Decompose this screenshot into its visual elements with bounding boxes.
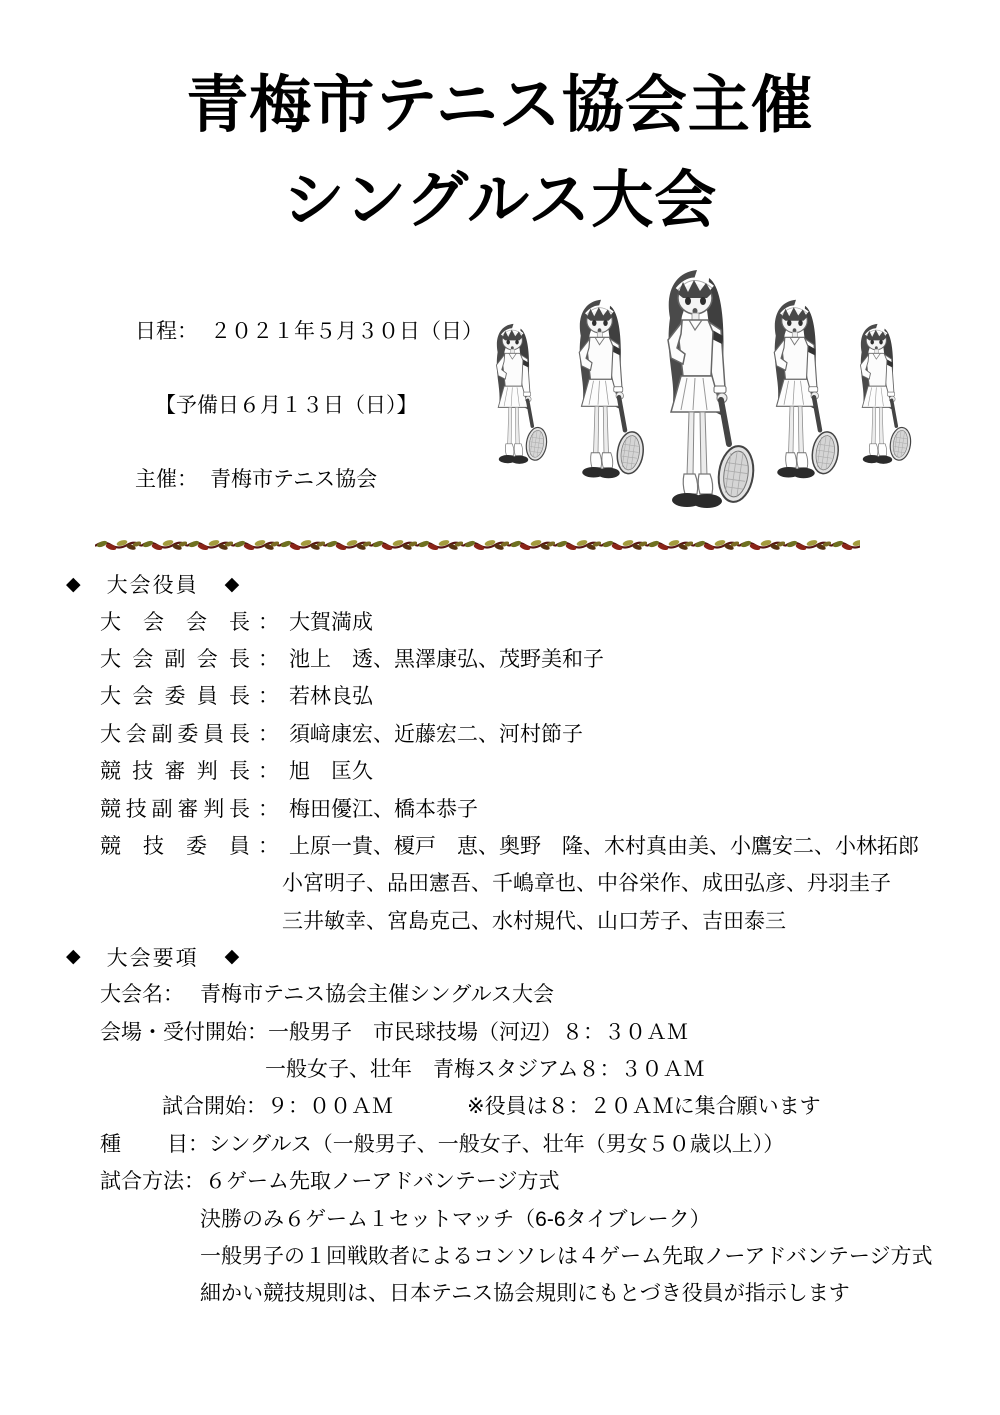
official-role-label: 大会委員長 [100, 680, 250, 710]
tournament-name-label: 大会名 [100, 978, 163, 1008]
separator-colon: ： [184, 1165, 205, 1195]
diamond-bullet-icon: ◆ [225, 573, 240, 596]
category-row: 種目：シングルス（一般男子、一般女子、壮年（男女５０歳以上）） [0, 1124, 1000, 1161]
category-label: 種目 [100, 1128, 188, 1158]
official-row: 競技委員：上原一貴、榎戸 恵、奥野 隆、木村真由美、小鷹安二、小林拓郎 [0, 826, 1000, 863]
official-role-label: 大会副会長 [100, 643, 250, 673]
official-row: 大会会長：大賀満成 [0, 602, 1000, 639]
committee-continuation-line: 小宮明子、品田憲吾、千嶋章也、中谷栄作、成田弘彦、丹羽圭子 [0, 864, 1000, 901]
document-title: 青梅市テニス協会主催 シングルス大会 [0, 58, 1000, 248]
officials-section-heading: ◆ 大会役員 ◆ [0, 566, 1000, 602]
match-start-value: ９：００ＡＭ [267, 1090, 393, 1120]
schedule-label: 日程： [135, 320, 198, 343]
tennis-girl-illustration [751, 292, 841, 480]
requirements-section-heading: ◆ 大会要項 ◆ [0, 939, 1000, 975]
tennis-girl-illustration [478, 318, 549, 465]
separator-colon: ： [258, 606, 279, 636]
event-info: 日程：２０２１年５月３０日（日） 【予備日６月１３日（日）】 主催：青梅市テニス… [100, 276, 483, 535]
title-line-2: シングルス大会 [0, 153, 1000, 248]
organizer-label: 主催： [135, 468, 198, 491]
separator-colon: ： [258, 755, 279, 785]
officials-assembly-note: ※役員は８：２０ＡＭに集合願います [467, 1090, 821, 1120]
tennis-girl-illustration [556, 292, 646, 480]
match-start-label: 試合開始 [162, 1090, 246, 1120]
official-row: 大会委員長：若林良弘 [0, 677, 1000, 714]
document-page: 青梅市テニス協会主催 シングルス大会 日程：２０２１年５月３０日（日） 【予備日… [0, 0, 1000, 1415]
separator-colon: ： [258, 830, 279, 860]
official-name-value: 上原一貴、榎戸 恵、奥野 隆、木村真由美、小鷹安二、小林拓郎 [289, 830, 919, 860]
match-method-label: 試合方法 [100, 1165, 184, 1195]
official-role-label: 競技副審判長 [100, 793, 250, 823]
separator-colon: ： [163, 978, 184, 1008]
separator-colon: ： [258, 680, 279, 710]
separator-colon: ： [258, 643, 279, 673]
official-name-value: 大賀満成 [289, 606, 373, 636]
match-method-note: 一般男子の１回戦敗者によるコンソレは４ゲーム先取ノーアドバンテージ方式 [0, 1236, 1000, 1273]
tennis-girl-illustration [842, 318, 913, 465]
match-method-value: ６ゲーム先取ノーアドバンテージ方式 [205, 1165, 559, 1195]
diamond-bullet-icon: ◆ [66, 945, 81, 968]
official-role-label: 競技審判長 [100, 755, 250, 785]
official-row: 大会副委員長：須﨑康宏、近藤宏二、河村節子 [0, 714, 1000, 751]
official-role-label: 大会副委員長 [100, 718, 250, 748]
separator-colon: ： [246, 1090, 267, 1120]
official-name-value: 池上 透、黒澤康弘、茂野美和子 [289, 643, 604, 673]
official-row: 大会副会長：池上 透、黒澤康弘、茂野美和子 [0, 639, 1000, 676]
committee-continuation-line: 三井敏幸、宮島克己、水村規代、山口芳子、吉田泰三 [0, 901, 1000, 938]
match-method-note: 細かい競技規則は、日本テニス協会規則にもとづき役員が指示します [0, 1274, 1000, 1311]
match-method-note: 決勝のみ６ゲーム１セットマッチ（6-6タイブレーク） [0, 1199, 1000, 1236]
separator-colon: ： [188, 1128, 209, 1158]
requirements-heading-text: 大会要項 [107, 942, 199, 972]
title-line-1: 青梅市テニス協会主催 [0, 58, 1000, 153]
tournament-name-value: 青梅市テニス協会主催シングルス大会 [200, 978, 554, 1008]
venue-value: 一般男子 市民球技場（河辺）８：３０ＡＭ [268, 1016, 688, 1046]
separator-colon: ： [258, 793, 279, 823]
separator-colon: ： [247, 1016, 268, 1046]
diamond-bullet-icon: ◆ [66, 573, 81, 596]
venue-continuation-line: 一般女子、壮年 青梅スタジアム８：３０ＡＭ [0, 1049, 1000, 1086]
decorative-garland-divider [95, 538, 860, 552]
officials-heading-text: 大会役員 [107, 569, 199, 599]
organizer-row: 主催：青梅市テニス協会 [100, 424, 483, 535]
match-start-row: 試合開始：９：００ＡＭ※役員は８：２０ＡＭに集合願います [0, 1087, 1000, 1124]
schedule-value: ２０２１年５月３０日（日） [210, 320, 483, 343]
tennis-girl-illustration [637, 260, 757, 510]
official-name-value: 若林良弘 [289, 680, 373, 710]
venue-label: 会場・受付開始 [100, 1016, 247, 1046]
document-body: ◆ 大会役員 ◆ 大会会長：大賀満成 大会副会長：池上 透、黒澤康弘、茂野美和子… [0, 566, 1000, 1311]
venue-row: 会場・受付開始：一般男子 市民球技場（河辺）８：３０ＡＭ [0, 1012, 1000, 1049]
tennis-girl-illustration-group [470, 258, 950, 516]
official-row: 競技審判長：旭 匡久 [0, 752, 1000, 789]
official-name-value: 梅田優江、橋本恭子 [289, 793, 478, 823]
organizer-value: 青梅市テニス協会 [210, 468, 377, 491]
diamond-bullet-icon: ◆ [225, 945, 240, 968]
match-method-row: 試合方法：６ゲーム先取ノーアドバンテージ方式 [0, 1161, 1000, 1198]
category-value: シングルス（一般男子、一般女子、壮年（男女５０歳以上）） [209, 1128, 784, 1158]
tournament-name-row: 大会名：青梅市テニス協会主催シングルス大会 [0, 975, 1000, 1012]
schedule-row: 日程：２０２１年５月３０日（日） [100, 276, 483, 387]
official-name-value: 須﨑康宏、近藤宏二、河村節子 [289, 718, 583, 748]
official-name-value: 旭 匡久 [289, 755, 373, 785]
official-role-label: 競技委員 [100, 830, 250, 860]
official-row: 競技副審判長：梅田優江、橋本恭子 [0, 789, 1000, 826]
separator-colon: ： [258, 718, 279, 748]
reserve-date-note: 【予備日６月１３日（日）】 [100, 387, 483, 424]
official-role-label: 大会会長 [100, 606, 250, 636]
